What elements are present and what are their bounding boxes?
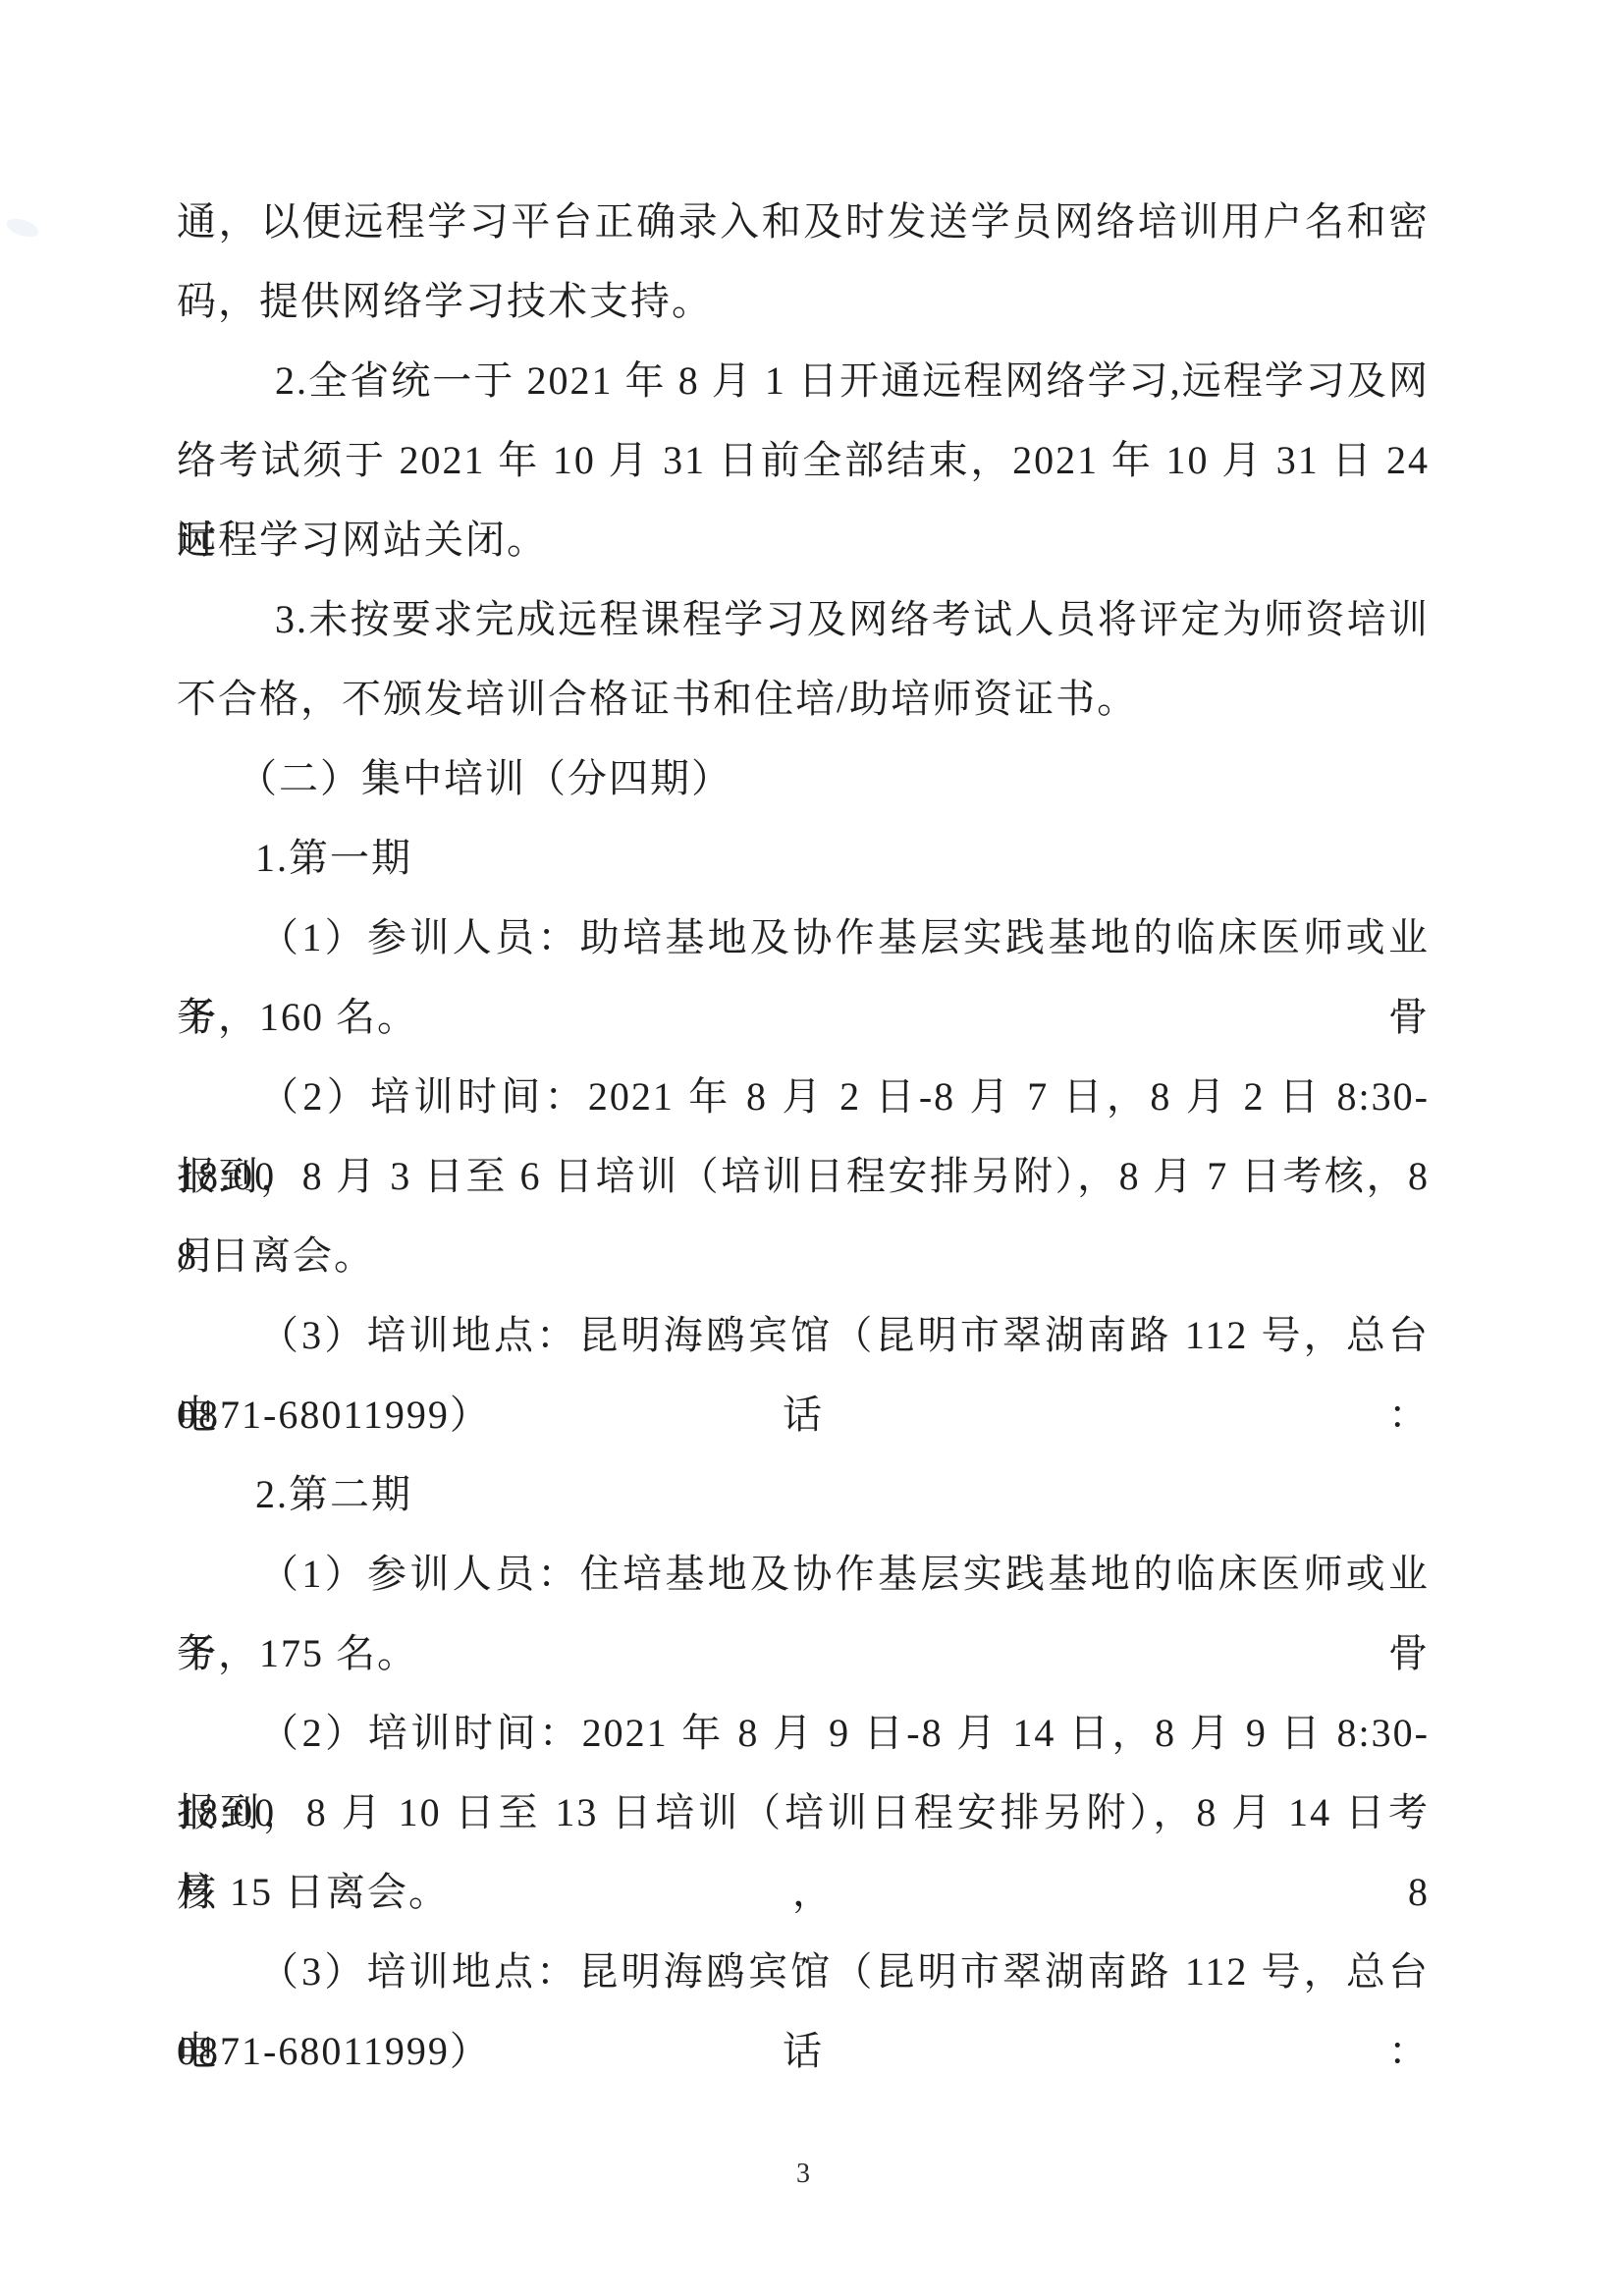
text-line: （3）培训地点：昆明海鸥宾馆（昆明市翠湖南路 112 号，总台电话：: [177, 1295, 1430, 1375]
text-line: （1）参训人员：助培基地及协作基层实践基地的临床医师或业务骨: [177, 898, 1430, 977]
document-page: 通，以便远程学习平台正确录入和及时发送学员网络培训用户名和密 码，提供网络学习技…: [0, 0, 1623, 2296]
page-number: 3: [177, 2153, 1430, 2196]
text-line: 报到，8 月 10 日至 13 日培训（培训日程安排另附），8 月 14 日考核…: [177, 1773, 1430, 1852]
text-line: （3）培训地点：昆明海鸥宾馆（昆明市翠湖南路 112 号，总台电话：: [177, 1932, 1430, 2011]
text-line: 3.未按要求完成远程课程学习及网络考试人员将评定为师资培训: [177, 579, 1430, 659]
text-line: 络考试须于 2021 年 10 月 31 日前全部结束，2021 年 10 月 …: [177, 420, 1430, 500]
stage-heading: 1.第一期: [177, 818, 1430, 898]
text-line: （1）参训人员：住培基地及协作基层实践基地的临床医师或业务骨: [177, 1534, 1430, 1613]
text-line: 报到，8 月 3 日至 6 日培训（培训日程安排另附），8 月 7 日考核，8 …: [177, 1136, 1430, 1216]
section-heading: （二）集中培训（分四期）: [177, 738, 1430, 818]
text-line: 通，以便远程学习平台正确录入和及时发送学员网络培训用户名和密: [177, 182, 1430, 261]
text-line: 码，提供网络学习技术支持。: [177, 261, 1430, 341]
text-line: 8 日离会。: [177, 1216, 1430, 1295]
document-body: 通，以便远程学习平台正确录入和及时发送学员网络培训用户名和密 码，提供网络学习技…: [177, 182, 1430, 2091]
text-line: 远程学习网站关闭。: [177, 500, 1430, 579]
text-line: （2）培训时间：2021 年 8 月 2 日-8 月 7 日，8 月 2 日 8…: [177, 1057, 1430, 1136]
text-line: 不合格，不颁发培训合格证书和住培/助培师资证书。: [177, 659, 1430, 738]
text-line: （2）培训时间：2021 年 8 月 9 日-8 月 14 日，8 月 9 日 …: [177, 1693, 1430, 1773]
scan-artifact: [4, 215, 40, 241]
stage-heading: 2.第二期: [177, 1454, 1430, 1534]
text-line: 2.全省统一于 2021 年 8 月 1 日开通远程网络学习,远程学习及网: [177, 341, 1430, 420]
